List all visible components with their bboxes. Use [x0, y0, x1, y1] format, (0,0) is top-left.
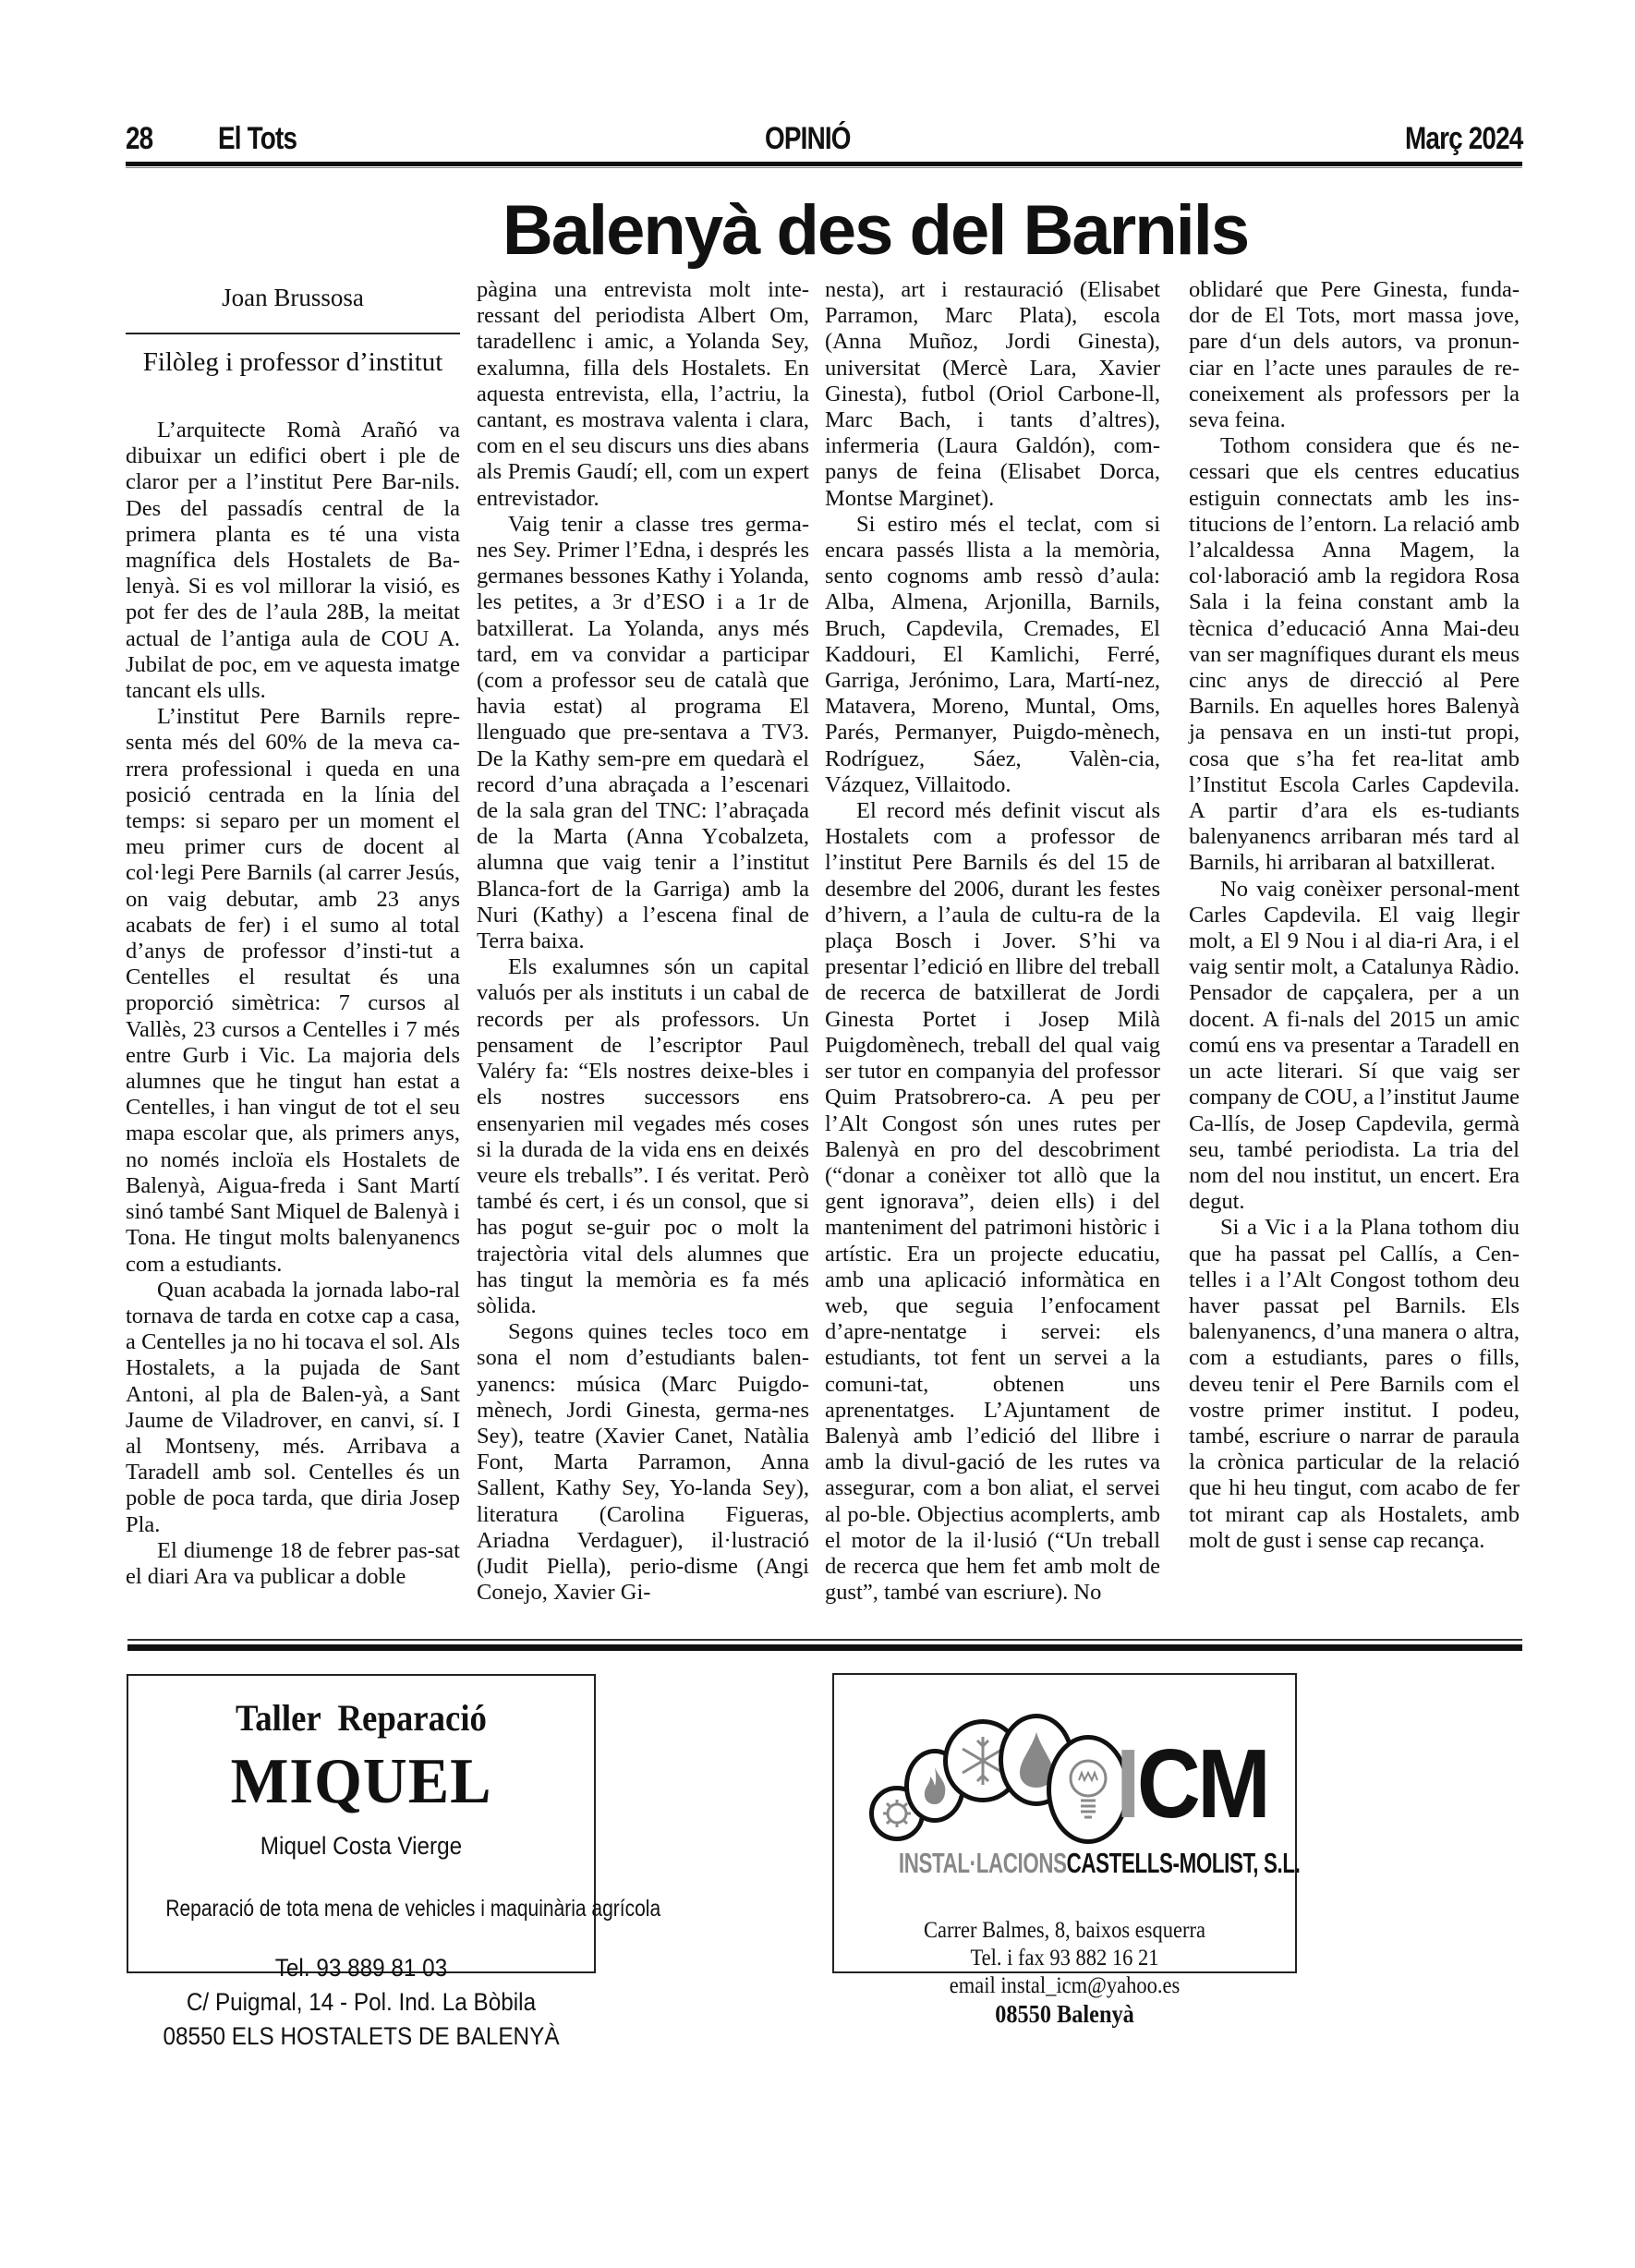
- article-title: Balenyà des del Barnils: [0, 189, 1635, 273]
- paragraph: pàgina una entrevista molt inte-ressant …: [477, 277, 809, 512]
- issue-date: Març 2024: [1405, 118, 1522, 159]
- paragraph: Si estiro més el teclat, com si encara p…: [825, 512, 1160, 798]
- paragraph: oblidaré que Pere Ginesta, funda-dor de …: [1189, 277, 1520, 433]
- ad-phone: Tel. i fax 93 882 16 21: [857, 1945, 1272, 1972]
- ad-city: 08550 ELS HOSTALETS DE BALENYÀ: [151, 2022, 571, 2051]
- ad-address: C/ Puigmal, 14 - Pol. Ind. La Bòbila: [151, 1988, 571, 2017]
- article-column-1: Joan Brussosa Filòleg i professor d’inst…: [126, 277, 460, 1590]
- ad-company-name: INSTAL·LACIONSCASTELLS-MOLIST, S.L.: [899, 1847, 1230, 1880]
- ad-taller-miquel: Taller Reparació MIQUEL Miquel Costa Vie…: [127, 1674, 596, 1973]
- ad-business-name: MIQUEL: [140, 1745, 583, 1819]
- company-name: CASTELLS-MOLIST, S.L.: [1067, 1847, 1301, 1879]
- header-rule-shadow: [126, 167, 1522, 168]
- paragraph: Tothom considera que és ne-cessari que e…: [1189, 433, 1520, 876]
- header-rule: [126, 162, 1522, 166]
- paragraph: El diumenge 18 de febrer pas-sat el diar…: [126, 1538, 460, 1590]
- paragraph: Vaig tenir a classe tres germa-nes Sey. …: [477, 512, 809, 954]
- paragraph: L’arquitecte Romà Arañó va dibuixar un e…: [126, 418, 460, 704]
- ad-address: Carrer Balmes, 8, baixos esquerra: [857, 1917, 1272, 1945]
- ad-heading: Taller Reparació: [147, 1696, 575, 1740]
- paragraph: Si a Vic i a la Plana tothom diu que ha …: [1189, 1215, 1520, 1554]
- paragraph: L’institut Pere Barnils repre-senta més …: [126, 704, 460, 1277]
- company-prefix: INSTAL·LACIONS: [899, 1847, 1067, 1879]
- ad-description: Reparació de tota mena de vehicles i maq…: [165, 1896, 556, 1922]
- ads-separator-thin: [127, 1639, 1522, 1641]
- paragraph: El record més definit viscut als Hostale…: [825, 798, 1160, 1606]
- publication-name: El Tots: [218, 118, 297, 159]
- ad-phone: Tel. 93 889 81 03: [151, 1954, 571, 1983]
- ad-owner: Miquel Costa Vierge: [151, 1832, 571, 1861]
- paragraph: nesta), art i restauració (Elisabet Parr…: [825, 277, 1160, 512]
- byline-divider: [126, 333, 460, 334]
- author-role: Filòleg i professor d’institut: [126, 346, 460, 379]
- icm-letters-cm: CM: [1137, 1729, 1267, 1838]
- page-header: 28 El Tots OPINIÓ Març 2024: [126, 118, 1522, 159]
- section-label: OPINIÓ: [765, 118, 851, 159]
- paragraph: Quan acabada la jornada labo-ral tornava…: [126, 1278, 460, 1538]
- page-number: 28: [126, 118, 152, 159]
- icm-logo: ICM: [834, 1675, 1295, 1850]
- icm-letter-i: I: [1116, 1729, 1137, 1838]
- paragraph: No vaig conèixer personal-ment Carles Ca…: [1189, 877, 1520, 1216]
- ads-separator-thick: [127, 1644, 1522, 1651]
- ad-icm-installacions: ICM INSTAL·LACIONSCASTELLS-MOLIST, S.L. …: [832, 1673, 1297, 1973]
- paragraph: Segons quines tecles toco em sona el nom…: [477, 1319, 809, 1606]
- icm-wordmark: ICM: [1116, 1735, 1267, 1833]
- article-column-2: pàgina una entrevista molt inte-ressant …: [477, 277, 809, 1606]
- ad-city: 08550 Balenyà: [857, 2000, 1272, 2028]
- ad-email: email instal_icm@yahoo.es: [857, 1972, 1272, 2000]
- author-name: Joan Brussosa: [126, 281, 460, 314]
- article-column-4: oblidaré que Pere Ginesta, funda-dor de …: [1189, 277, 1520, 1554]
- article-column-3: nesta), art i restauració (Elisabet Parr…: [825, 277, 1160, 1606]
- paragraph: Els exalumnes són un capital valuós per …: [477, 954, 809, 1319]
